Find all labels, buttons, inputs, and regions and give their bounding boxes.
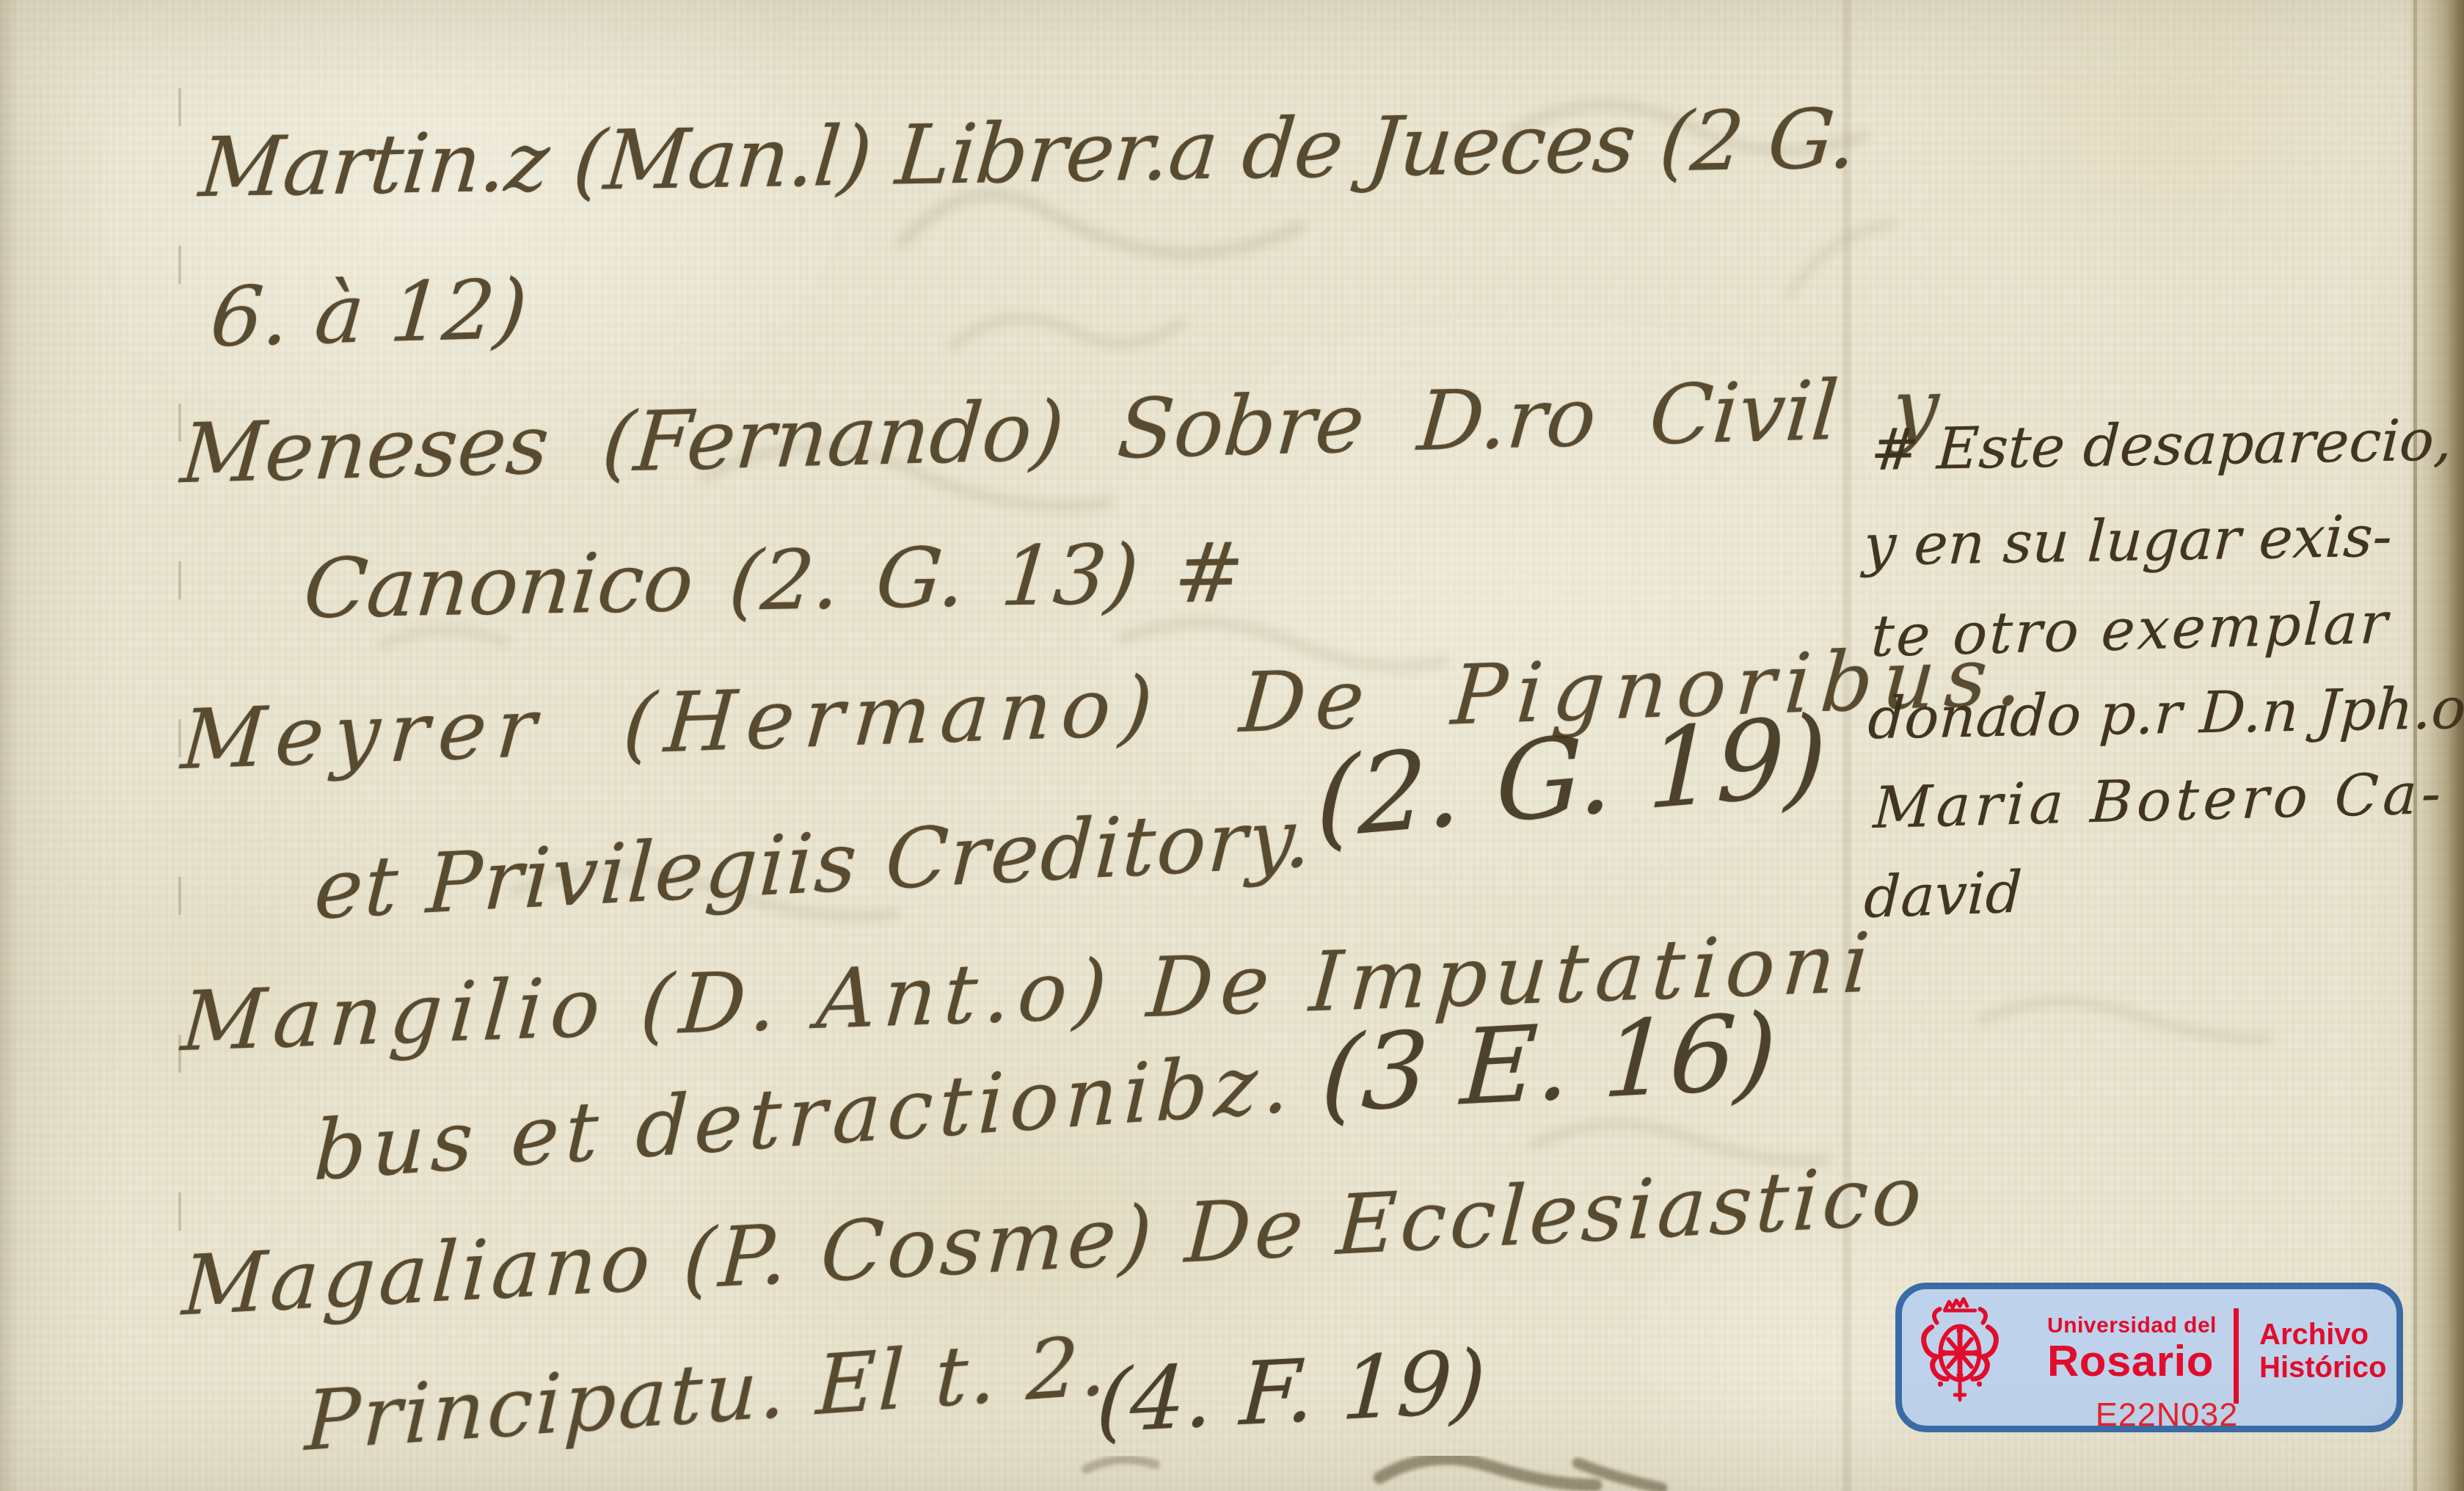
- archive-unit-line2: Histórico: [2259, 1352, 2386, 1385]
- archive-badge: Universidad del Rosario Archivo Históric…: [1895, 1283, 2403, 1432]
- margin-note-line: david: [1863, 861, 2023, 930]
- scan-edge-left: [0, 0, 19, 1491]
- margin-note-line: # Este desaparecio,: [1869, 409, 2454, 483]
- university-crest-icon: [1917, 1295, 2003, 1407]
- shelfmark: (3 E. 16): [1319, 995, 1779, 1134]
- manuscript-line: 6. à 12): [207, 265, 531, 364]
- reference-code: E22N032: [1902, 1396, 2396, 1434]
- manuscript-line: Principatu. El t. 2.: [304, 1320, 1111, 1467]
- manuscript-line: bus et detractionibz.: [313, 1038, 1297, 1197]
- university-wordmark-top: Universidad del: [2047, 1314, 2217, 1338]
- margin-note-line: donado p.r D.n Jph.o: [1866, 678, 2464, 751]
- manuscript-line: Martin.z (Man.l) Librer.a de Jueces (2 G…: [196, 95, 1859, 214]
- manuscript-line: Meneses (Fernando) Sobre D.ro Civil y: [178, 363, 1942, 500]
- margin-note-line: Maria Botero Ca-: [1872, 763, 2446, 841]
- fold-crease: [1840, 0, 1854, 1491]
- manuscript-line: et Privilegiis Creditory.: [313, 793, 1316, 936]
- university-wordmark-main: Rosario: [2047, 1339, 2217, 1383]
- archive-unit-label: Archivo Histórico: [2259, 1319, 2386, 1385]
- shelfmark: (4. F. 19): [1094, 1334, 1488, 1450]
- manuscript-page: Martin.z (Man.l) Librer.a de Jueces (2 G…: [0, 0, 2464, 1491]
- archive-unit-line1: Archivo: [2259, 1319, 2386, 1352]
- page-edge-shadow: [2407, 0, 2464, 1491]
- manuscript-line: Canonico (2. G. 13) #: [300, 528, 1247, 635]
- badge-divider: [2234, 1308, 2239, 1404]
- margin-note-line: y en su lugar exis-: [1862, 506, 2394, 577]
- margin-note-line: te otro exemplar: [1870, 593, 2391, 669]
- university-wordmark: Universidad del Rosario: [2047, 1314, 2217, 1383]
